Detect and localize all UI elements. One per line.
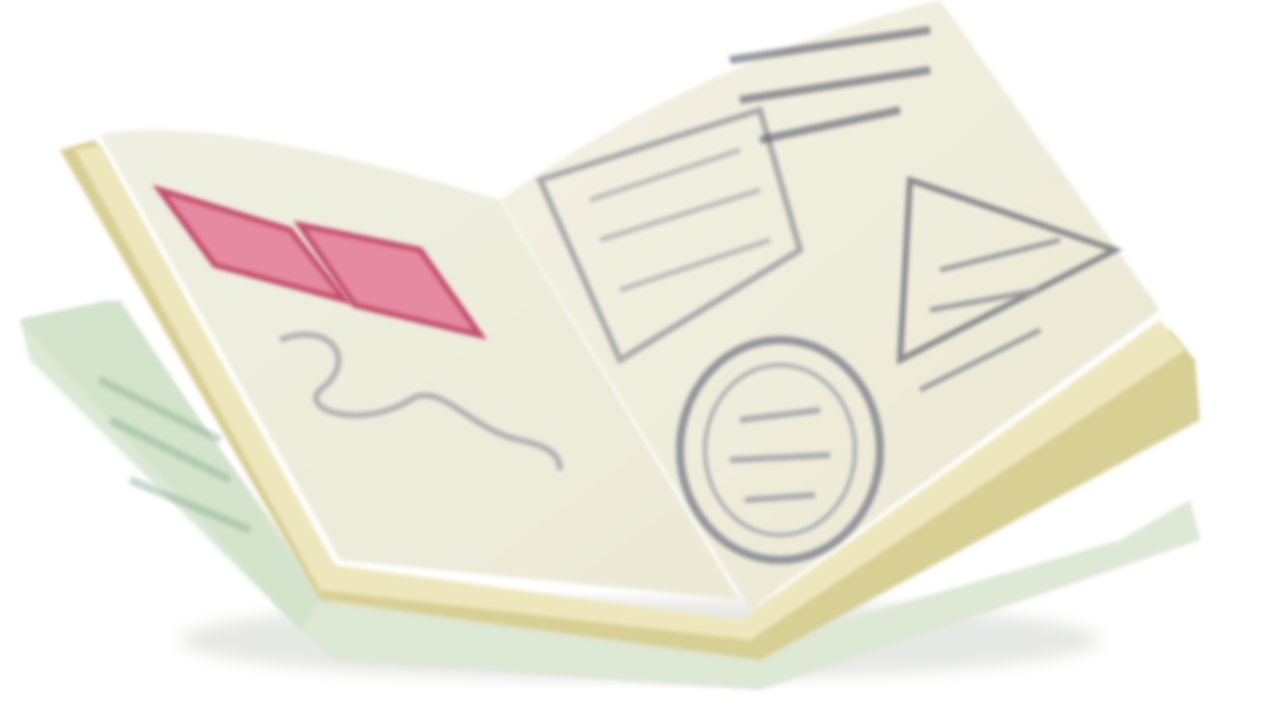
passport-photo xyxy=(0,0,1280,720)
passport-illustration xyxy=(0,0,1280,720)
